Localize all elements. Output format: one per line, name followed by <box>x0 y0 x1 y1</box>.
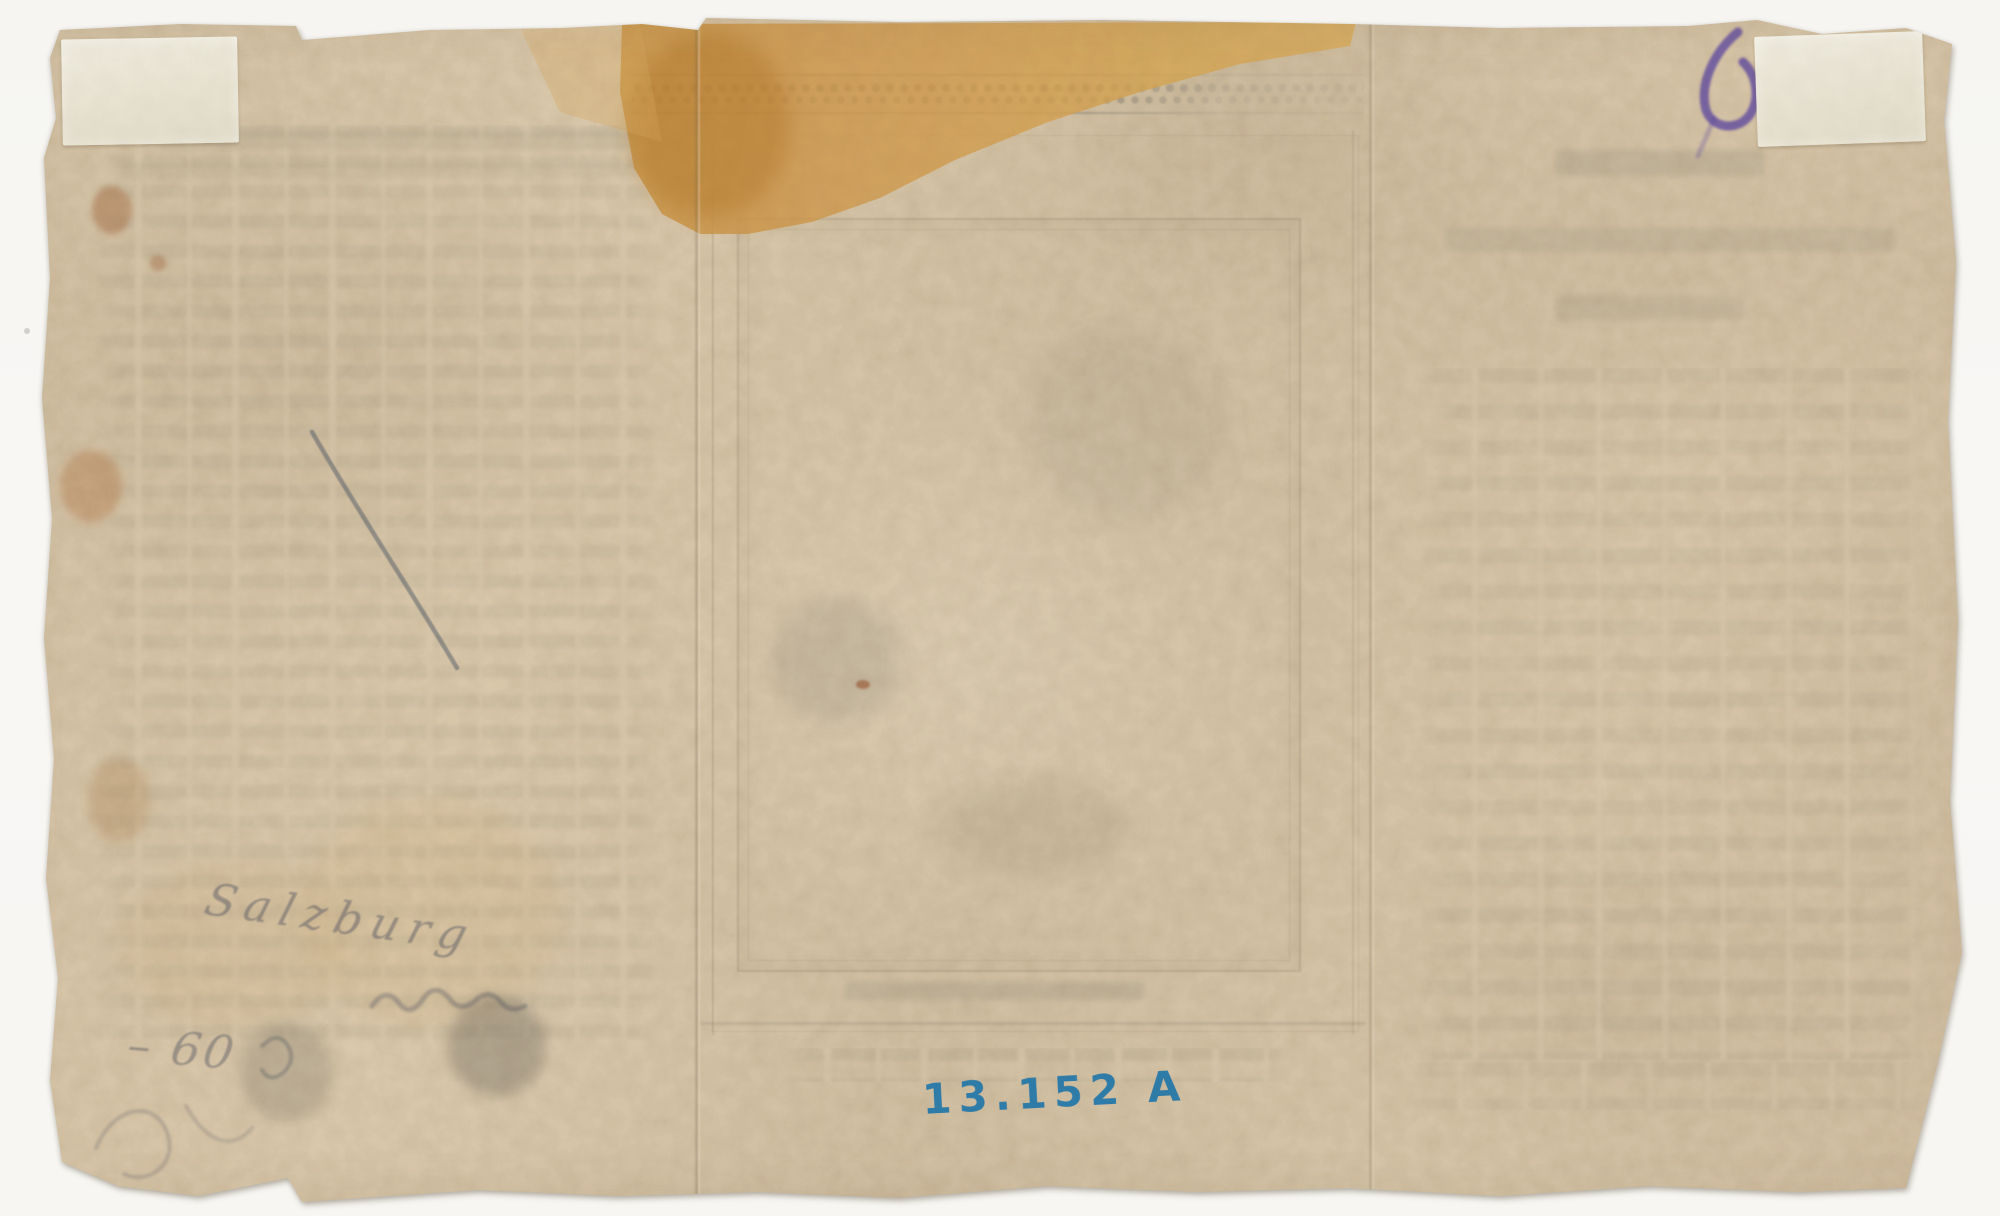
paper-sheet: Salzburg – 60 13.152 A <box>0 0 2000 1216</box>
edge-vignette <box>0 0 2000 1216</box>
scanner-background: Salzburg – 60 13.152 A <box>0 0 2000 1216</box>
tape-top-right <box>1754 31 1926 147</box>
tape-top-left <box>61 36 239 145</box>
fold-line-right <box>1368 18 1375 1202</box>
paper-sheet-wrapper: Salzburg – 60 13.152 A <box>0 0 2000 1216</box>
fold-line-left <box>694 18 701 1202</box>
